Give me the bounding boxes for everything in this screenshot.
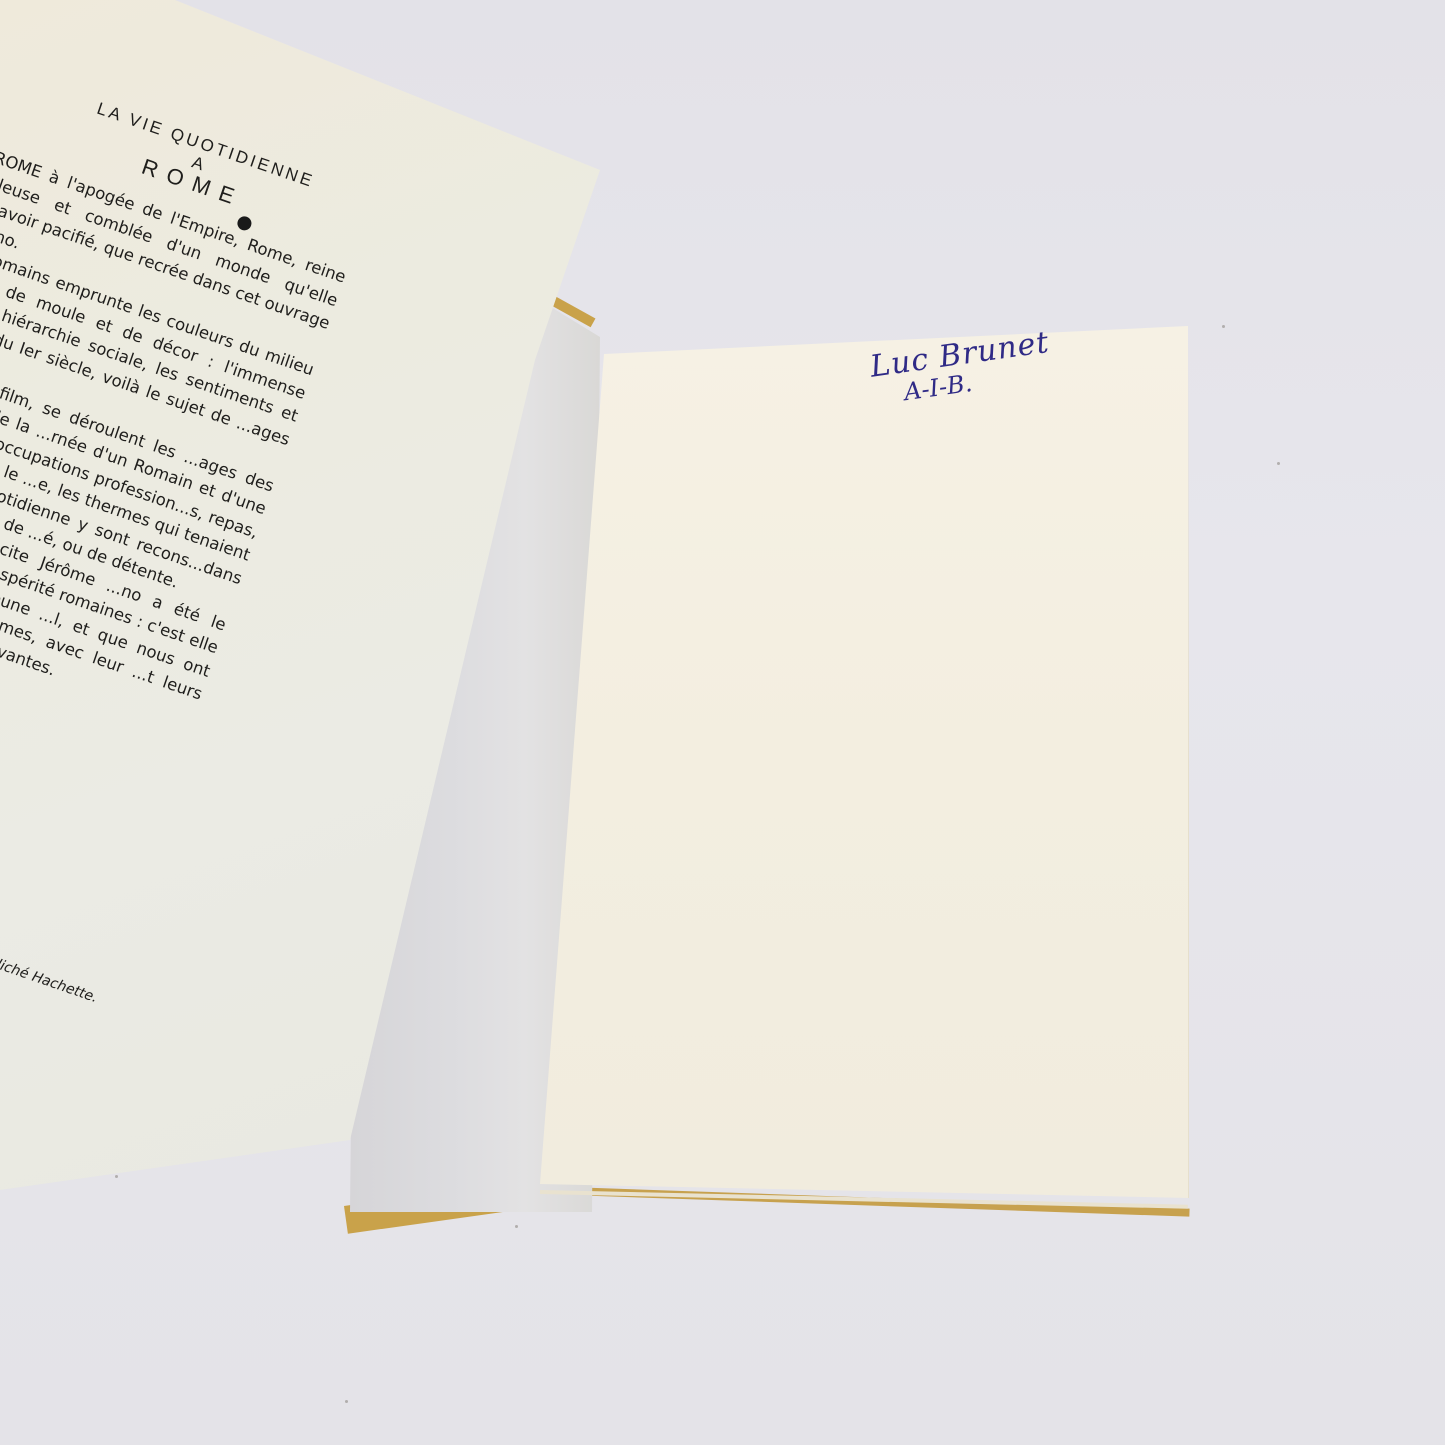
surface-speck — [1222, 325, 1225, 328]
surface-speck — [515, 1225, 518, 1228]
flap-text-block: LA VIE QUOTIDIENNE A ROME C 'EST ROME à … — [0, 40, 374, 1008]
surface-speck — [1277, 462, 1280, 465]
photo-scene: Luc Brunet A-I-B. LA VIE QUOTIDIENNE A R… — [0, 0, 1445, 1445]
surface-speck — [345, 1400, 348, 1403]
flyleaf-page — [540, 326, 1188, 1198]
surface-speck — [115, 1175, 118, 1178]
